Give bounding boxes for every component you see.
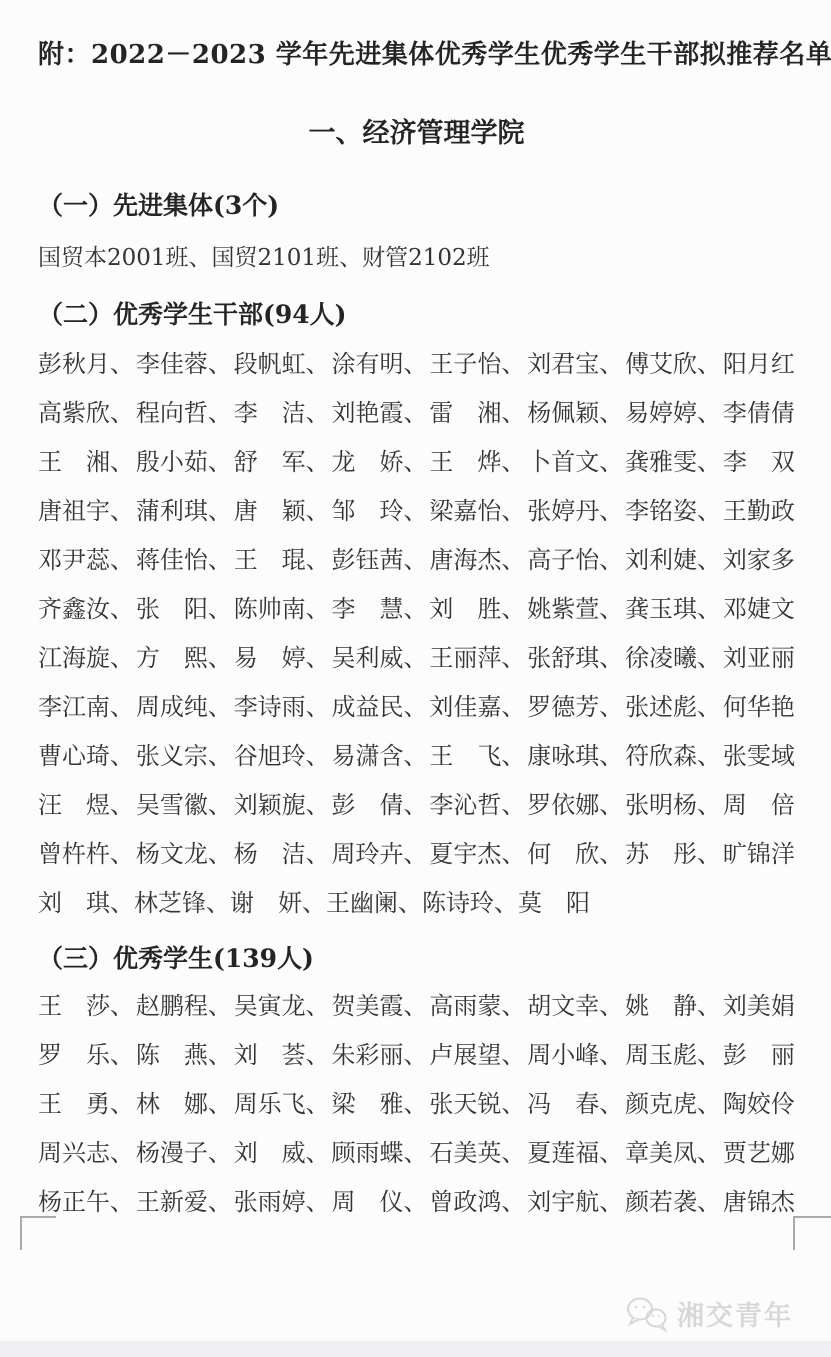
student-name: 贾艺娜 (723, 1133, 795, 1168)
student-name: 何华艳 (723, 687, 795, 722)
outstanding-cadres-heading: （二）优秀学生干部(94人) (38, 295, 795, 335)
watermark-text: 湘交青年 (677, 1294, 793, 1333)
student-name: 李诗雨、 (234, 687, 330, 722)
student-name: 刘亚丽 (723, 638, 795, 673)
student-name: 高子怡、 (527, 540, 623, 575)
name-row: 曹心琦、张义宗、谷旭玲、易潇含、王 飞、康咏琪、符欣森、张雯域 (38, 729, 795, 778)
student-name: 周小峰、 (527, 1035, 623, 1070)
outstanding-cadres-list: 彭秋月、李佳蓉、段帆虹、涂有明、王子怡、刘君宝、傅艾欣、阳月红高紫欣、程向哲、李… (38, 337, 795, 925)
student-name: 杨 洁、 (234, 834, 330, 869)
student-name: 陶姣伶 (723, 1084, 795, 1119)
student-name: 傅艾欣、 (625, 344, 721, 379)
student-name: 周玉彪、 (625, 1035, 721, 1070)
student-name: 梁 雅、 (332, 1084, 428, 1119)
student-name: 龚玉琪、 (625, 589, 721, 624)
student-name: 殷小茹、 (136, 442, 232, 477)
student-name: 吴利威、 (332, 638, 428, 673)
student-name: 朱彩丽、 (332, 1035, 428, 1070)
student-name: 彭钰茜、 (332, 540, 428, 575)
student-name: 林芝锋、 (134, 883, 230, 918)
student-name: 雷 湘、 (429, 393, 525, 428)
student-name: 谷旭玲、 (234, 736, 330, 771)
student-name: 阳月红 (723, 344, 795, 379)
student-name: 王 飞、 (429, 736, 525, 771)
student-name: 顾雨蝶、 (332, 1133, 428, 1168)
student-name: 吴雪徽、 (136, 785, 232, 820)
student-name: 颜若袭、 (625, 1182, 721, 1217)
name-row: 杨正午、王新爱、张雨婷、周 仪、曾政鸿、刘宇航、颜若袭、唐锦杰 (38, 1175, 795, 1224)
student-name: 姚 静、 (625, 986, 721, 1021)
student-name: 姚紫萱、 (527, 589, 623, 624)
name-row: 汪 煜、吴雪徽、刘颖旎、彭 倩、李沁哲、罗依娜、张明杨、周 倍 (38, 778, 795, 827)
student-name: 张天锐、 (429, 1084, 525, 1119)
student-name: 汪 煜、 (38, 785, 134, 820)
name-row: 唐祖宇、蒲利琪、唐 颖、邹 玲、梁嘉怡、张婷丹、李铭姿、王勤政 (38, 484, 795, 533)
student-name: 蒋佳怡、 (136, 540, 232, 575)
student-name: 夏莲福、 (527, 1133, 623, 1168)
document-page: 附：2022－2023 学年先进集体优秀学生优秀学生干部拟推荐名单 一、经济管理… (0, 0, 831, 1224)
student-name: 杨佩颖、 (527, 393, 623, 428)
student-name: 陈 燕、 (136, 1035, 232, 1070)
student-name: 颜克虎、 (625, 1084, 721, 1119)
student-name: 彭 丽 (723, 1035, 795, 1070)
student-name: 冯 春、 (527, 1084, 623, 1119)
student-name: 苏 彤、 (625, 834, 721, 869)
student-name: 刘家多 (723, 540, 795, 575)
student-name: 刘颖旎、 (234, 785, 330, 820)
name-row: 江海旋、方 熙、易 婷、吴利威、王丽萍、张舒琪、徐凌曦、刘亚丽 (38, 631, 795, 680)
student-name: 唐祖宇、 (38, 491, 134, 526)
student-name: 李铭姿、 (625, 491, 721, 526)
student-name: 高紫欣、 (38, 393, 134, 428)
student-name: 段帆虹、 (234, 344, 330, 379)
student-name: 张述彪、 (625, 687, 721, 722)
student-name: 唐海杰、 (429, 540, 525, 575)
name-row: 罗 乐、陈 燕、刘 荟、朱彩丽、卢展望、周小峰、周玉彪、彭 丽 (38, 1028, 795, 1077)
student-name: 卢展望、 (429, 1035, 525, 1070)
student-name: 张雯域 (723, 736, 795, 771)
student-name: 刘君宝、 (527, 344, 623, 379)
student-name: 舒 军、 (234, 442, 330, 477)
student-name: 曾政鸿、 (429, 1182, 525, 1217)
student-name: 周乐飞、 (234, 1084, 330, 1119)
student-name: 张舒琪、 (527, 638, 623, 673)
student-name: 李 洁、 (234, 393, 330, 428)
student-name: 刘 琪、 (38, 883, 134, 918)
student-name: 章美凤、 (625, 1133, 721, 1168)
student-name: 周 仪、 (332, 1182, 428, 1217)
student-name: 李江南、 (38, 687, 134, 722)
advanced-collectives-list: 国贸本2001班、国贸2101班、财管2102班 (38, 238, 795, 278)
student-name: 易潇含、 (332, 736, 428, 771)
student-name: 张明杨、 (625, 785, 721, 820)
student-name: 林 娜、 (136, 1084, 232, 1119)
bottom-strip (0, 1341, 831, 1357)
student-name: 李沁哲、 (429, 785, 525, 820)
student-name: 唐 颖、 (234, 491, 330, 526)
student-name: 易 婷、 (234, 638, 330, 673)
student-name: 卜首文、 (527, 442, 623, 477)
student-name: 梁嘉怡、 (429, 491, 525, 526)
student-name: 彭 倩、 (332, 785, 428, 820)
student-name: 邓尹蕊、 (38, 540, 134, 575)
name-row: 李江南、周成纯、李诗雨、成益民、刘佳嘉、罗德芳、张述彪、何华艳 (38, 680, 795, 729)
student-name: 罗 乐、 (38, 1035, 134, 1070)
student-name: 刘 威、 (234, 1133, 330, 1168)
student-name: 胡文幸、 (527, 986, 623, 1021)
student-name: 刘艳霞、 (332, 393, 428, 428)
student-name: 罗依娜、 (527, 785, 623, 820)
student-name: 罗德芳、 (527, 687, 623, 722)
student-name: 徐凌曦、 (625, 638, 721, 673)
name-row: 彭秋月、李佳蓉、段帆虹、涂有明、王子怡、刘君宝、傅艾欣、阳月红 (38, 337, 795, 386)
student-name: 刘 胜、 (429, 589, 525, 624)
student-name: 邹 玲、 (332, 491, 428, 526)
student-name: 李 慧、 (332, 589, 428, 624)
student-name: 刘佳嘉、 (429, 687, 525, 722)
document-title: 附：2022－2023 学年先进集体优秀学生优秀学生干部拟推荐名单 (38, 0, 795, 76)
student-name: 张婷丹、 (527, 491, 623, 526)
student-name: 王幽阑、 (326, 883, 422, 918)
student-name: 陈诗玲、 (422, 883, 518, 918)
student-name: 彭秋月、 (38, 344, 134, 379)
student-name: 张雨婷、 (234, 1182, 330, 1217)
outstanding-students-list: 王 莎、赵鹏程、吴寅龙、贺美霞、高雨蒙、胡文幸、姚 静、刘美娟罗 乐、陈 燕、刘… (38, 979, 795, 1224)
student-name: 高雨蒙、 (429, 986, 525, 1021)
student-name: 李 双 (723, 442, 795, 477)
student-name: 夏宇杰、 (429, 834, 525, 869)
name-row: 王 莎、赵鹏程、吴寅龙、贺美霞、高雨蒙、胡文幸、姚 静、刘美娟 (38, 979, 795, 1028)
student-name: 周兴志、 (38, 1133, 134, 1168)
student-name: 易婷婷、 (625, 393, 721, 428)
student-name: 康咏琪、 (527, 736, 623, 771)
student-name: 王子怡、 (429, 344, 525, 379)
student-name: 石美英、 (429, 1133, 525, 1168)
student-name: 贺美霞、 (332, 986, 428, 1021)
watermark: 湘交青年 (625, 1294, 793, 1333)
name-row: 曾杵杵、杨文龙、杨 洁、周玲卉、夏宇杰、何 欣、苏 彤、旷锦洋 (38, 827, 795, 876)
student-name: 周 倍 (723, 785, 795, 820)
student-name: 李佳蓉、 (136, 344, 232, 379)
student-name: 旷锦洋 (723, 834, 795, 869)
name-row: 齐鑫汝、张 阳、陈帅南、李 慧、刘 胜、姚紫萱、龚玉琪、邓婕文 (38, 582, 795, 631)
student-name: 齐鑫汝、 (38, 589, 134, 624)
name-row: 高紫欣、程向哲、李 洁、刘艳霞、雷 湘、杨佩颖、易婷婷、李倩倩 (38, 386, 795, 435)
student-name: 周成纯、 (136, 687, 232, 722)
student-name: 赵鹏程、 (136, 986, 232, 1021)
student-name: 唐锦杰 (723, 1182, 795, 1217)
student-name: 陈帅南、 (234, 589, 330, 624)
student-name: 张义宗、 (136, 736, 232, 771)
student-name: 符欣森、 (625, 736, 721, 771)
student-name: 张 阳、 (136, 589, 232, 624)
student-name: 涂有明、 (332, 344, 428, 379)
name-row: 刘 琪、林芝锋、谢 妍、王幽阑、陈诗玲、莫 阳 (38, 876, 795, 925)
student-name: 曾杵杵、 (38, 834, 134, 869)
student-name: 江海旋、 (38, 638, 134, 673)
student-name: 吴寅龙、 (234, 986, 330, 1021)
student-name: 何 欣、 (527, 834, 623, 869)
student-name: 龚雅雯、 (625, 442, 721, 477)
name-row: 周兴志、杨漫子、刘 威、顾雨蝶、石美英、夏莲福、章美凤、贾艺娜 (38, 1126, 795, 1175)
student-name: 刘宇航、 (527, 1182, 623, 1217)
student-name: 谢 妍、 (230, 883, 326, 918)
student-name: 刘利婕、 (625, 540, 721, 575)
page-bottom-right-corner-mark (793, 1216, 831, 1250)
name-row: 王 勇、林 娜、周乐飞、梁 雅、张天锐、冯 春、颜克虎、陶姣伶 (38, 1077, 795, 1126)
student-name: 王 湘、 (38, 442, 134, 477)
student-name: 曹心琦、 (38, 736, 134, 771)
wechat-bubbles-icon (625, 1295, 669, 1333)
student-name: 王 琨、 (234, 540, 330, 575)
student-name: 程向哲、 (136, 393, 232, 428)
student-name: 杨文龙、 (136, 834, 232, 869)
student-name: 莫 阳 (518, 883, 590, 918)
student-name: 成益民、 (332, 687, 428, 722)
name-row: 邓尹蕊、蒋佳怡、王 琨、彭钰茜、唐海杰、高子怡、刘利婕、刘家多 (38, 533, 795, 582)
student-name: 方 熙、 (136, 638, 232, 673)
outstanding-students-heading: （三）优秀学生(139人) (38, 939, 795, 979)
student-name: 刘 荟、 (234, 1035, 330, 1070)
student-name: 刘美娟 (723, 986, 795, 1021)
student-name: 杨正午、 (38, 1182, 134, 1217)
student-name: 邓婕文 (723, 589, 795, 624)
student-name: 蒲利琪、 (136, 491, 232, 526)
name-row: 王 湘、殷小茹、舒 军、龙 娇、王 烨、卜首文、龚雅雯、李 双 (38, 435, 795, 484)
student-name: 王新爱、 (136, 1182, 232, 1217)
student-name: 杨漫子、 (136, 1133, 232, 1168)
college-section-title: 一、经济管理学院 (38, 114, 795, 154)
student-name: 王丽萍、 (429, 638, 525, 673)
student-name: 王 烨、 (429, 442, 525, 477)
student-name: 王勤政 (723, 491, 795, 526)
student-name: 王 莎、 (38, 986, 134, 1021)
student-name: 王 勇、 (38, 1084, 134, 1119)
student-name: 李倩倩 (723, 393, 795, 428)
student-name: 周玲卉、 (332, 834, 428, 869)
advanced-collectives-heading: （一）先进集体(3个) (38, 186, 795, 226)
page-bottom-left-corner-mark (20, 1216, 56, 1250)
student-name: 龙 娇、 (332, 442, 428, 477)
